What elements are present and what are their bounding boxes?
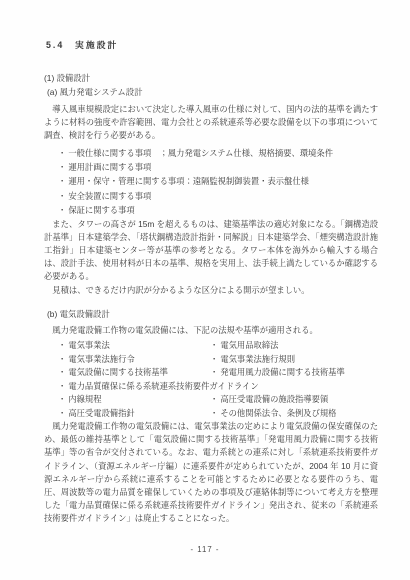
law-item: ・高圧受電設備の施設指導要領 <box>210 393 378 407</box>
law-item: ・電気事業法 <box>58 339 210 353</box>
bullet-icon: ・ <box>58 354 66 364</box>
list-item: ・安全装置に関する事項 <box>58 189 378 203</box>
law-item-label: 高圧受電設備指針 <box>68 408 134 418</box>
law-item-label: 内線規程 <box>68 394 101 404</box>
bullet-icon: ・ <box>58 367 66 377</box>
document-page: 5.4 実施設計 (1) 設備設計 (a) 風力発電システム設計 導入風車規模設… <box>0 0 410 580</box>
law-item: ・電気用品取締法 <box>210 339 378 353</box>
law-item: ・電気事業法施行規則 <box>210 353 378 367</box>
law-item-full-width: ・電力品質確保に係る系統連系技術要件ガイドライン <box>58 380 378 394</box>
law-item-label: 電気用品取締法 <box>220 340 278 350</box>
bullet-icon: ・ <box>210 394 218 404</box>
law-item-label: 電気事業法施行規則 <box>220 354 295 364</box>
section-title: 5.4 実施設計 <box>46 38 378 51</box>
law-item: ・その他関係法令、条例及び規格 <box>210 407 378 421</box>
law-row: ・内線規程 ・高圧受電設備の施設指導要領 <box>58 393 378 407</box>
bullet-icon: ・ <box>210 340 218 350</box>
list-item-label: 運用計画に関する事項 <box>68 162 151 172</box>
bullet-icon: ・ <box>58 381 66 391</box>
list-item-label: 一般仕様に関する事項 ；風力発電システム仕様、規格摘要、環境条件 <box>68 148 333 158</box>
list-item: ・運用計画に関する事項 <box>58 160 378 174</box>
law-item: ・発電用風力設備に関する技術基準 <box>210 366 378 380</box>
bullet-icon: ・ <box>58 205 66 215</box>
bullet-icon: ・ <box>210 408 218 418</box>
electrical-closing-paragraph: 風力発電設備工作物の電気設備には、電気事業法の定めにより電気設備の保安確保のため… <box>44 420 378 526</box>
subsection-1b-heading: (b) 電気設備設計 <box>47 308 378 321</box>
electrical-law-list: ・電気事業法 ・電気用品取締法 ・電気事業法施行令 ・電気事業法施行規則 ・電気… <box>58 339 378 420</box>
law-item: ・電気設備に関する技術基準 <box>58 366 210 380</box>
bullet-icon: ・ <box>58 394 66 404</box>
law-row: ・電気設備に関する技術基準 ・発電用風力設備に関する技術基準 <box>58 366 378 380</box>
list-item: ・保証に関する事項 <box>58 203 378 217</box>
estimate-note-paragraph: 見積は、できるだけ内訳が分かるような区分による開示が望ましい。 <box>44 284 378 297</box>
law-item-label: 電気事業法施行令 <box>68 354 134 364</box>
list-item: ・一般仕様に関する事項 ；風力発電システム仕様、規格摘要、環境条件 <box>58 146 378 160</box>
bullet-icon: ・ <box>210 354 218 364</box>
subsection-1a-heading: (a) 風力発電システム設計 <box>47 86 378 99</box>
list-item-label: 保証に関する事項 <box>68 205 134 215</box>
subsection-1-heading: (1) 設備設計 <box>44 72 378 85</box>
bullet-icon: ・ <box>58 408 66 418</box>
tower-note-paragraph: また、タワーの高さが 15m を超えるものは、建築基準法の適応対象になる。「鋼構… <box>44 218 378 284</box>
law-item-label: 電気事業法 <box>68 340 110 350</box>
bullet-icon: ・ <box>58 340 66 350</box>
bullet-icon: ・ <box>210 367 218 377</box>
law-row: ・電気事業法施行令 ・電気事業法施行規則 <box>58 353 378 367</box>
list-item-label: 運用・保守・管理に関する事項：遠隔監視制御装置・表示盤仕様 <box>68 176 309 186</box>
wind-system-intro-paragraph: 導入風車規模設定において決定した導入風車の仕様に対して、国内の法的基準を満たすよ… <box>44 103 378 143</box>
law-item: ・高圧受電設備指針 <box>58 407 210 421</box>
law-item-label: 電力品質確保に係る系統連系技術要件ガイドライン <box>68 381 258 391</box>
bullet-icon: ・ <box>58 148 66 158</box>
law-item-label: その他関係法令、条例及び規格 <box>220 408 336 418</box>
law-row: ・電気事業法 ・電気用品取締法 <box>58 339 378 353</box>
bullet-icon: ・ <box>58 191 66 201</box>
bullet-icon: ・ <box>58 162 66 172</box>
law-row: ・高圧受電設備指針 ・その他関係法令、条例及び規格 <box>58 407 378 421</box>
law-item: ・内線規程 <box>58 393 210 407</box>
law-item-label: 発電用風力設備に関する技術基準 <box>220 367 344 377</box>
bullet-icon: ・ <box>58 176 66 186</box>
wind-system-item-list: ・一般仕様に関する事項 ；風力発電システム仕様、規格摘要、環境条件 ・運用計画に… <box>58 146 378 218</box>
law-item-label: 高圧受電設備の施設指導要領 <box>220 394 328 404</box>
law-item-label: 電気設備に関する技術基準 <box>68 367 168 377</box>
electrical-intro-paragraph: 風力発電設備工作物の電気設備には、下記の法規や基準が適用される。 <box>44 324 378 337</box>
list-item: ・運用・保守・管理に関する事項：遠隔監視制御装置・表示盤仕様 <box>58 174 378 188</box>
list-item-label: 安全装置に関する事項 <box>68 191 151 201</box>
page-number: - 117 - <box>0 545 410 554</box>
law-item: ・電気事業法施行令 <box>58 353 210 367</box>
